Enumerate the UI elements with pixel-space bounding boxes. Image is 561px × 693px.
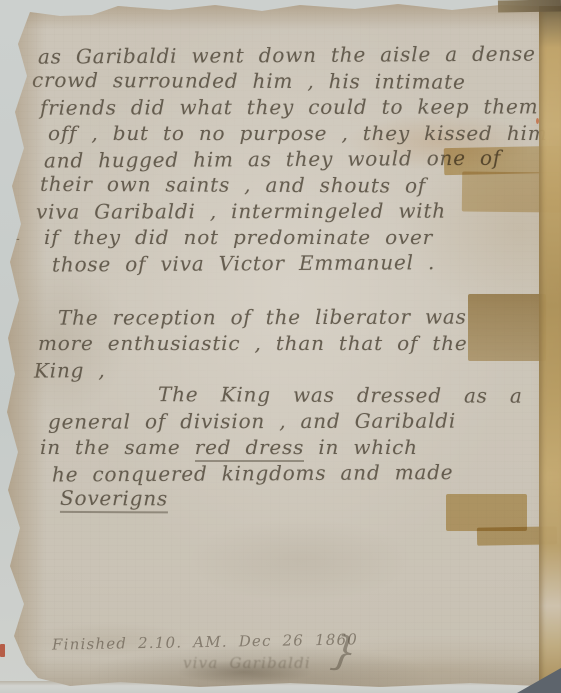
handwritten-line: crowd surrounded him , his intimate <box>32 67 550 95</box>
underlined-phrase: red dress <box>195 435 304 462</box>
red-edge-mark <box>0 644 5 657</box>
scanned-manuscript: as Garibaldi went down the aisle a dense… <box>0 0 561 693</box>
handwritten-line: general of division , and Garibaldi <box>48 407 550 434</box>
line-segment: in the same <box>40 435 195 459</box>
manuscript-text-block: as Garibaldi went down the aisle a dense… <box>30 42 550 512</box>
orange-fleck <box>536 118 539 124</box>
handwritten-line: he conquered kingdoms and made <box>52 458 550 487</box>
tape-patch-middle-right <box>468 294 546 361</box>
top-right-dark-edge <box>498 0 561 13</box>
footer-date-line: Finished 2.10. AM. Dec 26 1860 <box>52 630 358 653</box>
line-segment: in which <box>304 435 418 459</box>
footer-viva-line: viva Garibaldi <box>183 654 311 672</box>
handwritten-line-red-dress: in the same red dress in which <box>40 434 550 460</box>
handwritten-line: The King was dressed as a <box>158 381 550 409</box>
tape-strip-right-edge <box>539 6 561 688</box>
margin-dash-mark: — <box>2 228 20 249</box>
footer-brace-mark: } <box>328 627 360 676</box>
underlined-word: Soverigns <box>60 486 168 513</box>
tape-patch-lower-right-1 <box>446 494 527 531</box>
handwritten-line: those of viva Victor Emmanuel . <box>52 248 550 277</box>
handwritten-line: off , but to no purpose , they kissed hi… <box>48 120 550 146</box>
handwritten-line: if they did not predominate over <box>44 224 550 250</box>
handwritten-line: as Garibaldi went down the aisle a dense <box>38 40 550 69</box>
handwritten-line: friends did what they could to keep them <box>40 93 550 120</box>
